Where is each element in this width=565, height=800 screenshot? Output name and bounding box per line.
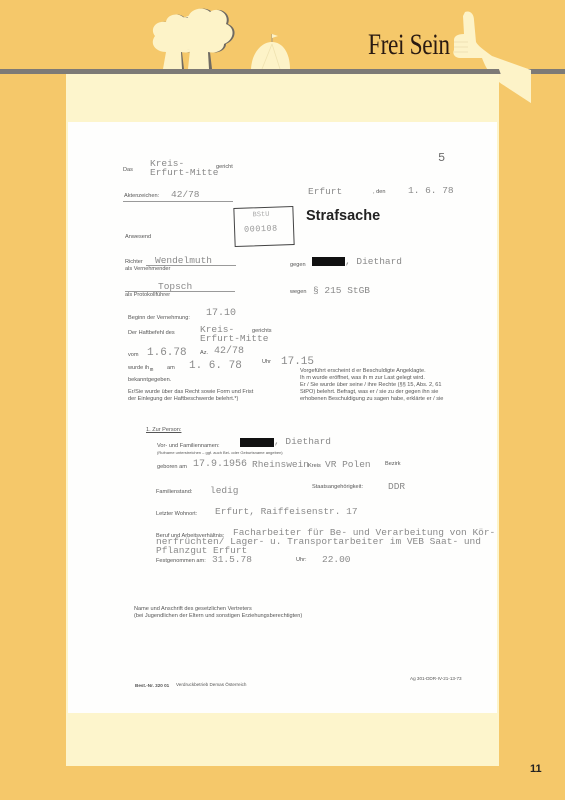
vertreter-line-1: Name und Anschrift des gesetzlichen Vert… — [134, 606, 252, 613]
geboren-value: 17.9.1956 — [193, 460, 247, 470]
accused-name: , Diethard — [345, 257, 402, 267]
label-protokollfuehrer: als Protokollführer — [125, 292, 170, 299]
redaction-bar — [312, 257, 345, 266]
section-zur-person: 1. Zur Person: — [146, 427, 181, 434]
staat-value: DDR — [388, 482, 405, 492]
az-value: 42/78 — [214, 347, 244, 357]
label-bezirk: Bezirk — [385, 461, 401, 468]
footer-form-number: Ag 301-DDR-IV-21-13-73 — [410, 675, 462, 682]
label-anwesend: Anwesend — [125, 234, 151, 241]
stamp-line-1: BStU — [252, 211, 269, 220]
divider — [123, 201, 233, 202]
redaction-bar — [240, 438, 274, 447]
case-type-heading: Strafsache — [306, 208, 380, 224]
crossed-out-mark: m — [150, 366, 153, 373]
beginn-value: 17.10 — [206, 309, 236, 319]
label-name-sub: (Rufname unterstreichen – ggf. auch Bei-… — [157, 449, 283, 456]
vom-value: 1.6.78 — [147, 348, 187, 358]
label-geboren: geboren am — [157, 464, 187, 471]
vorgefuehrt-line-3: Er / Sie wurde über seine / ihre Rechte … — [300, 382, 441, 389]
label-wurde: wurde ih — [128, 365, 149, 372]
label-haftbefehl: Der Haftbefehl des — [128, 330, 175, 337]
geburtsort-value: Rheinswein — [252, 460, 309, 470]
label-aktenzeichen: Aktenzeichen: — [124, 193, 159, 200]
label-gericht: gericht — [216, 164, 233, 171]
vorgefuehrt-line-4: StPO) belehrt. Befragt, was er / sie zu … — [300, 389, 438, 396]
wohnort-value: Erfurt, Raiffeisenstr. 17 — [215, 507, 358, 517]
vorgefuehrt-line-1: Vorgeführt erscheint d er Beschuldigte A… — [300, 368, 426, 375]
court-name-2: Erfurt-Mitte — [150, 168, 218, 178]
page-number: 11 — [530, 763, 542, 775]
familienstand-value: ledig — [210, 486, 239, 496]
footer-bestnr: Best.-Nr. 320 01 — [135, 682, 169, 689]
label-festgenommen: Festgenommen am: — [156, 558, 206, 565]
archive-stamp: BStU 000108 — [233, 206, 294, 247]
label-az: Az. — [200, 350, 208, 357]
date-value: 1. 6. 78 — [408, 186, 454, 196]
place-value: Erfurt — [308, 187, 342, 197]
label-wohnort: Letzter Wohnort: — [156, 511, 197, 518]
page-title: Frei Sein — [368, 27, 450, 63]
label-kreis: Kreis — [308, 463, 321, 470]
vorgefuehrt-line-5: erhobenen Beschuldigung zu sagen habe, e… — [300, 396, 443, 403]
label-gegen: gegen — [290, 262, 306, 269]
label-am: am — [167, 365, 175, 372]
label-vom: vom — [128, 352, 139, 359]
festgenommen-value: 31.5.78 — [212, 555, 252, 565]
person-name: , Diethard — [274, 437, 331, 447]
wegen-value: § 215 StGB — [313, 286, 370, 296]
belehrt-line-1: Er/Sie wurde über das Recht sowie Form u… — [128, 389, 253, 396]
label-den: , den — [373, 189, 385, 196]
footer-druckerei: Verdruckbetrieb Demas Österreich — [176, 681, 246, 688]
uhr-value: 17.15 — [281, 357, 314, 367]
vorgefuehrt-line-2: Ih m wurde eröffnet, was ih m zur Last g… — [300, 375, 425, 382]
label-wegen: wegen — [290, 289, 306, 296]
label-staatsangehoerigkeit: Staatsangehörigkeit: — [312, 484, 363, 491]
label-bekanntgegeben: bekanntgegeben. — [128, 377, 171, 384]
fest-uhr-value: 22.00 — [322, 555, 351, 565]
label-richter: Richter — [125, 259, 143, 266]
label-fest-uhr: Uhr: — [296, 557, 307, 564]
label-vernehmender: als Vernehmender — [125, 266, 170, 273]
aktenzeichen-value: 42/78 — [171, 190, 200, 200]
label-das: Das — [123, 167, 133, 174]
label-gerichts: gerichts — [252, 328, 272, 335]
label-beginn: Beginn der Vernehmung: — [128, 315, 190, 322]
haftbefehl-court-2: Erfurt-Mitte — [200, 334, 268, 344]
sheet-number: 5 — [438, 153, 445, 163]
kreis-value: VR Polen — [325, 460, 371, 470]
stamp-line-2: 000108 — [244, 224, 278, 235]
vertreter-line-2: (bei Jugendlichen der Eltern und sonstig… — [134, 613, 302, 620]
label-familienstand: Familienstand: — [156, 489, 192, 496]
belehrt-line-2: der Einlegung der Haftbeschwerde belehrt… — [128, 396, 238, 403]
label-uhr: Uhr — [262, 359, 271, 366]
am-value: 1. 6. 78 — [189, 361, 242, 371]
